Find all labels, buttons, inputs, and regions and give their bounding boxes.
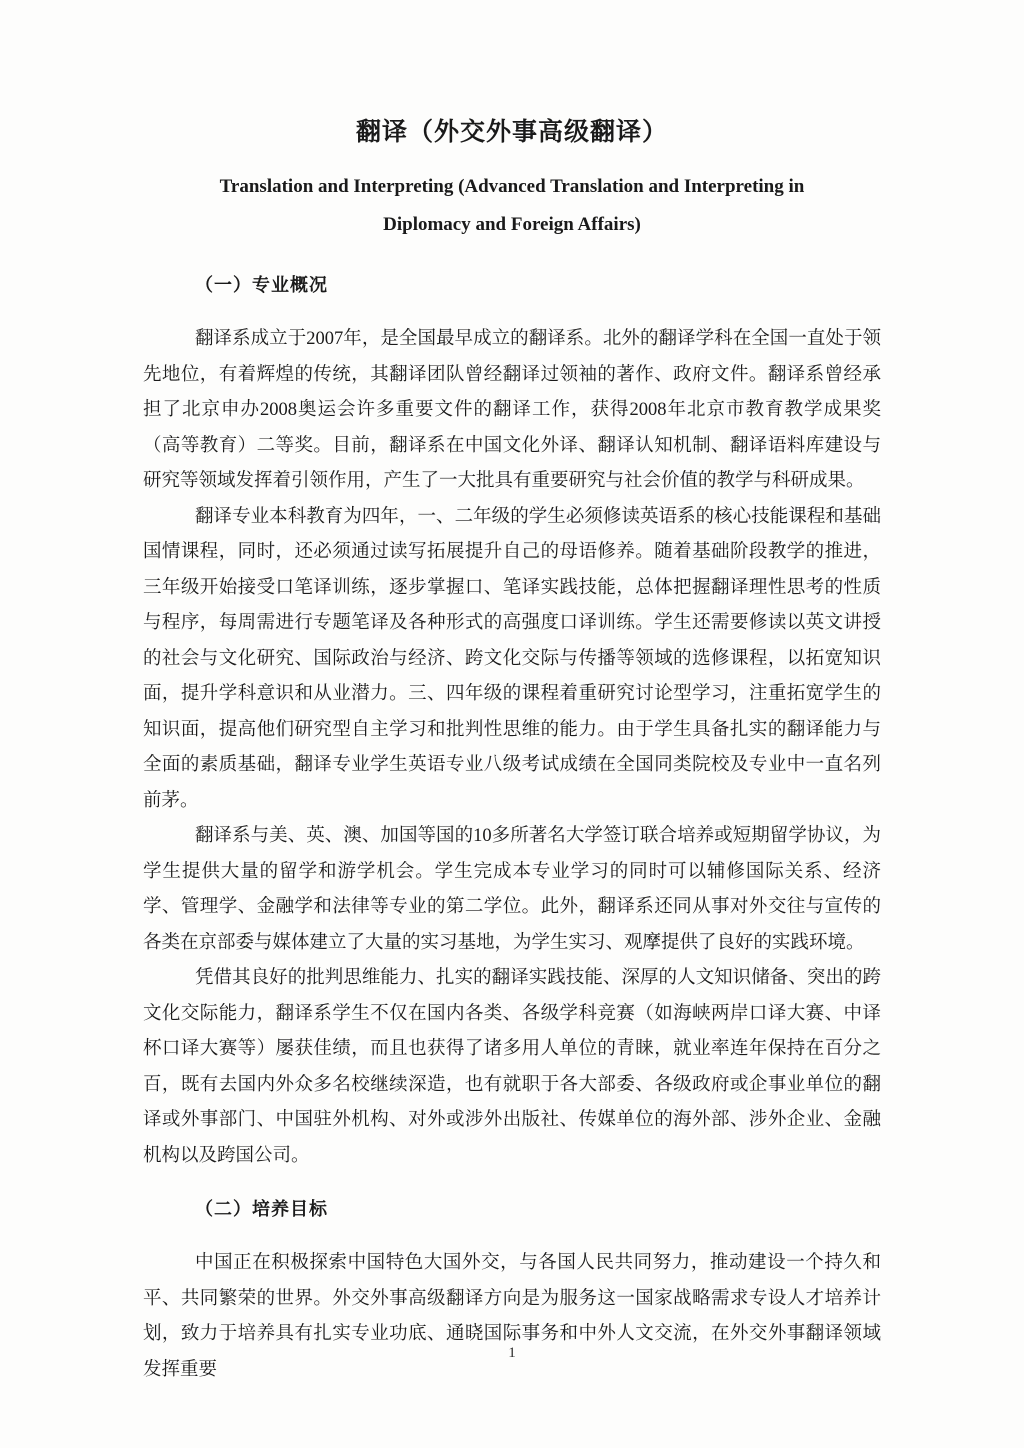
section-heading-objectives: （二）培养目标 <box>143 1196 881 1222</box>
document-title: 翻译（外交外事高级翻译） <box>143 116 881 150</box>
document-content: 翻译（外交外事高级翻译） Translation and Interpretin… <box>143 116 881 1388</box>
document-subtitle-line-2: Diplomacy and Foreign Affairs) <box>143 206 881 244</box>
document-subtitle: Translation and Interpreting (Advanced T… <box>143 168 881 244</box>
paragraph-objectives-1: 中国正在积极探索中国特色大国外交，与各国人民共同努力，推动建设一个持久和平、共同… <box>143 1246 881 1388</box>
page-number: 1 <box>0 1345 1024 1362</box>
document-page: 翻译（外交外事高级翻译） Translation and Interpretin… <box>0 0 1024 1448</box>
paragraph-overview-2: 翻译专业本科教育为四年，一、二年级的学生必须修读英语系的核心技能课程和基础国情课… <box>143 500 881 820</box>
paragraph-overview-4: 凭借其良好的批判思维能力、扎实的翻译实践技能、深厚的人文知识储备、突出的跨文化交… <box>143 961 881 1174</box>
section-heading-overview: （一）专业概况 <box>143 272 881 298</box>
paragraph-overview-3: 翻译系与美、英、澳、加国等国的10多所著名大学签订联合培养或短期留学协议，为学生… <box>143 819 881 961</box>
paragraph-overview-1: 翻译系成立于2007年，是全国最早成立的翻译系。北外的翻译学科在全国一直处于领先… <box>143 322 881 500</box>
document-subtitle-line-1: Translation and Interpreting (Advanced T… <box>143 168 881 206</box>
